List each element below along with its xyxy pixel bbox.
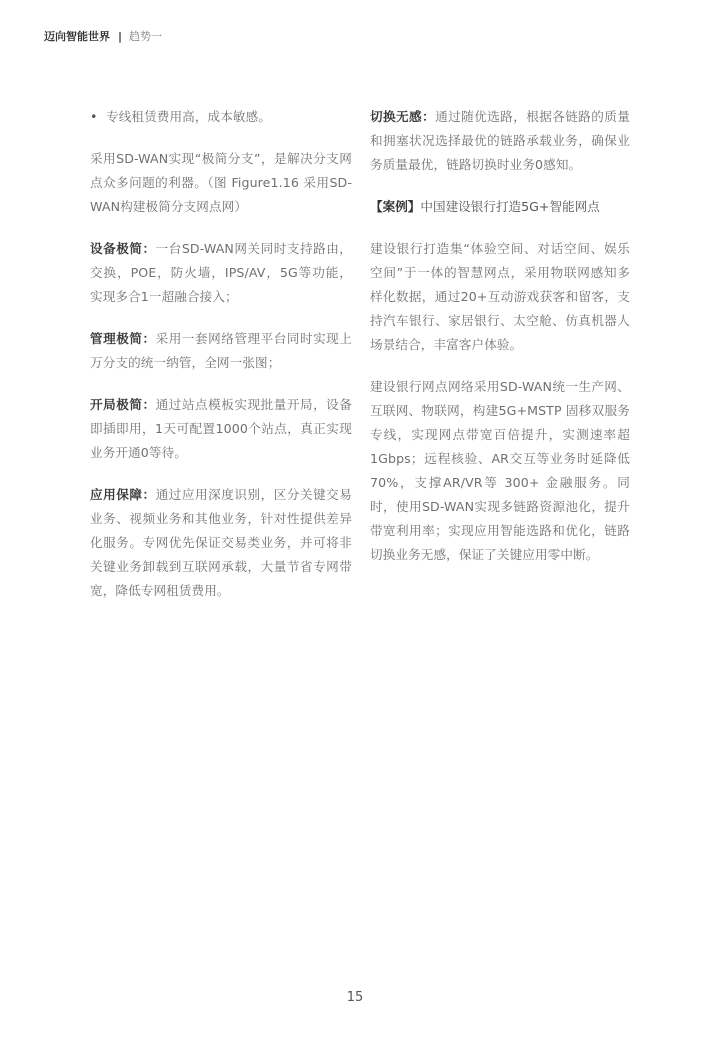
feature-device: 设备极简：一台SD-WAN网关同时支持路由，交换，POE，防火墙，IPS/AV，… (90, 237, 352, 309)
feature-seamless-switch: 切换无感：通过随优选路，根据各链路的质量和拥塞状况选择最优的链路承载业务，确保业… (370, 105, 630, 177)
case-title: 中国建设银行打造5G+智能网点 (420, 199, 599, 214)
header-separator: | (118, 29, 122, 45)
right-column: 切换无感：通过随优选路，根据各链路的质量和拥塞状况选择最优的链路承载业务，确保业… (370, 105, 630, 585)
section-name: 趋势一 (129, 29, 162, 45)
bullet-text: 专线租赁费用高，成本敏感。 (106, 105, 271, 129)
intro-paragraph: 采用SD-WAN实现“极简分支”，是解决分支网点众多问题的利器。（图 Figur… (90, 147, 352, 219)
feature-deployment: 开局极简：通过站点模板实现批量开局，设备即插即用，1天可配置1000个站点，真正… (90, 393, 352, 465)
feature-lead: 切换无感： (370, 109, 435, 124)
running-header: 迈向智能世界 | 趋势一 (44, 29, 162, 45)
case-label: 【案例】 (370, 199, 420, 214)
feature-lead: 管理极简： (90, 331, 156, 346)
case-heading: 【案例】中国建设银行打造5G+智能网点 (370, 195, 630, 219)
feature-lead: 设备极简： (90, 241, 156, 256)
feature-lead: 开局极简： (90, 397, 156, 412)
feature-text: 通过应用深度识别，区分关键交易业务、视频业务和其他业务，针对性提供差异化服务。专… (90, 487, 352, 598)
feature-management: 管理极简：采用一套网络管理平台同时实现上万分支的统一纳管，全网一张图； (90, 327, 352, 375)
document-title: 迈向智能世界 (44, 29, 110, 45)
feature-lead: 应用保障： (90, 487, 156, 502)
page-number: 15 (0, 990, 710, 1005)
feature-app-assurance: 应用保障：通过应用深度识别，区分关键交易业务、视频业务和其他业务，针对性提供差异… (90, 483, 352, 603)
case-paragraph: 建设银行网点网络采用SD-WAN统一生产网、互联网、物联网，构建5G+MSTP … (370, 375, 630, 567)
left-column: • 专线租赁费用高，成本敏感。 采用SD-WAN实现“极简分支”，是解决分支网点… (90, 105, 352, 621)
case-paragraph: 建设银行打造集“体验空间、对话空间、娱乐空间”于一体的智慧网点，采用物联网感知多… (370, 237, 630, 357)
bullet-item: • 专线租赁费用高，成本敏感。 (90, 105, 352, 129)
bullet-icon: • (90, 105, 106, 129)
